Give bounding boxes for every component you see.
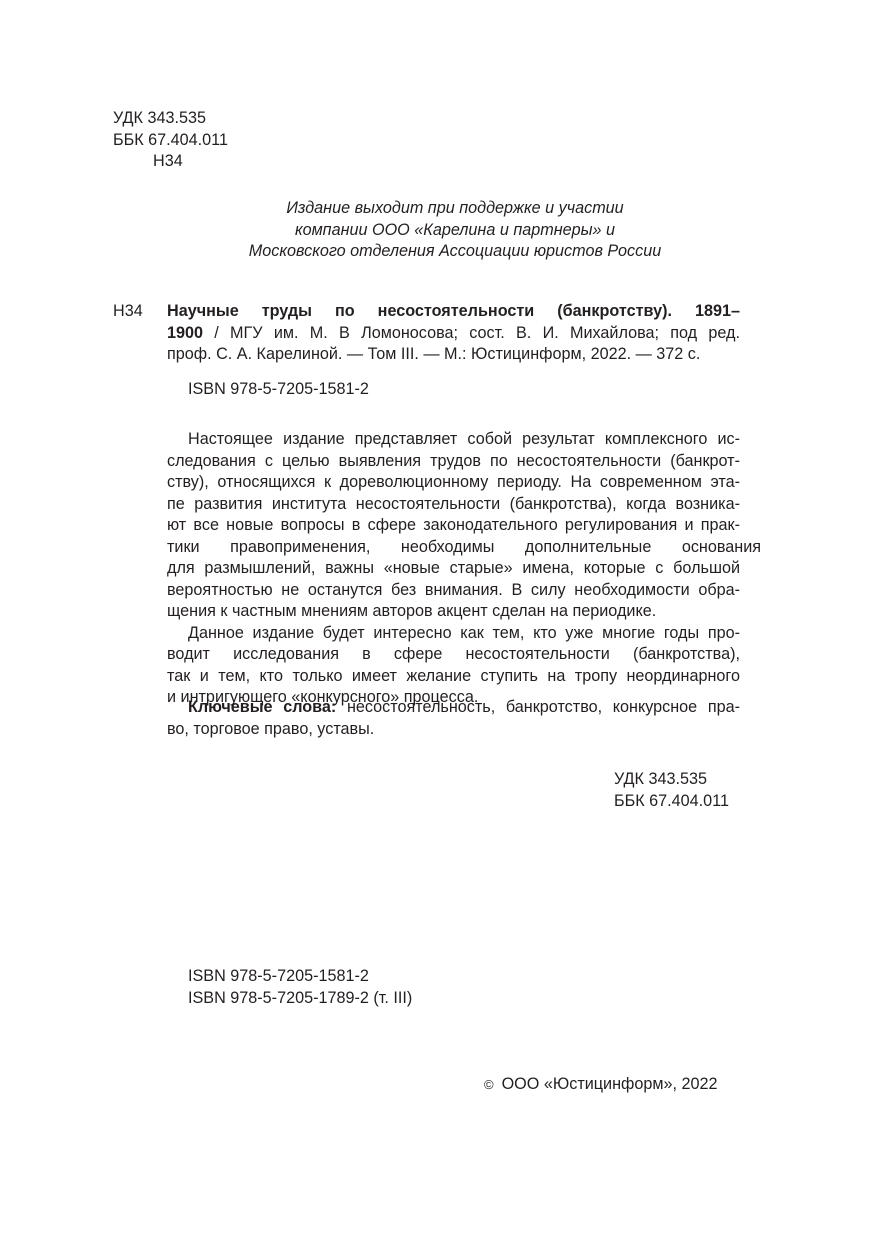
isbn-volume: ISBN 978-5-7205-1789-2 (т. III) bbox=[188, 988, 412, 1010]
keywords-list: несостоятельность, банкротство, конкурсн… bbox=[336, 698, 740, 716]
bibliography-author-mark: Н34 bbox=[113, 301, 143, 323]
copyright-text: ООО «Юстицинформ», 2022 bbox=[502, 1075, 718, 1093]
abstract-line: ют все новые вопросы в сфере законодател… bbox=[167, 515, 740, 537]
abstract-line: Настоящее издание представляет собой рез… bbox=[167, 429, 740, 451]
keywords: Ключевые слова: несостоятельность, банкр… bbox=[167, 697, 740, 740]
abstract-line: Данное издание будет интересно как тем, … bbox=[167, 623, 740, 645]
abstract-line: вероятностью не останутся без внимания. … bbox=[167, 580, 740, 602]
responsibility-statement: / МГУ им. М. В Ломоносова; сост. В. И. М… bbox=[203, 324, 740, 342]
abstract-line: щения к частным мнениям авторов акцент с… bbox=[167, 601, 740, 623]
bbk-code: ББК 67.404.011 bbox=[614, 791, 729, 813]
support-note: Издание выходит при поддержке и участии … bbox=[235, 198, 675, 263]
support-note-line: Издание выходит при поддержке и участии bbox=[235, 198, 675, 220]
udk-code: УДК 343.535 bbox=[113, 108, 228, 130]
classification-codes-bottom: УДК 343.535 ББК 67.404.011 bbox=[614, 769, 729, 812]
isbn-main: ISBN 978-5-7205-1581-2 bbox=[188, 379, 369, 401]
classification-codes-top: УДК 343.535 ББК 67.404.011 Н34 bbox=[113, 108, 228, 173]
isbn-list: ISBN 978-5-7205-1581-2 ISBN 978-5-7205-1… bbox=[188, 966, 412, 1009]
abstract-line: водит исследования в сфере несостоятельн… bbox=[167, 644, 740, 666]
abstract-line: для размышлений, важны «новые старые» им… bbox=[167, 558, 740, 580]
book-title: Научные труды по несостоятельности (банк… bbox=[167, 302, 740, 320]
abstract-line: ству), относящихся к дореволюционному пе… bbox=[167, 472, 740, 494]
isbn-series: ISBN 978-5-7205-1581-2 bbox=[188, 966, 412, 988]
keywords-label: Ключевые слова: bbox=[188, 698, 336, 716]
bbk-code: ББК 67.404.011 bbox=[113, 130, 228, 152]
copyright-notice: ©ООО «Юстицинформ», 2022 bbox=[484, 1074, 718, 1096]
abstract-line: так и тем, кто только имеет желание ступ… bbox=[167, 666, 740, 688]
abstract-line: следования с целью выявления трудов по н… bbox=[167, 451, 740, 473]
bibliographic-record: Научные труды по несостоятельности (банк… bbox=[167, 301, 740, 366]
abstract-line: тики правоприменения, необходимы дополни… bbox=[167, 537, 740, 559]
publication-details: проф. С. А. Карелиной. — Том III. — М.: … bbox=[167, 344, 740, 366]
support-note-line: Московского отделения Ассоциации юристов… bbox=[235, 241, 675, 263]
copyright-icon: © bbox=[484, 1077, 494, 1092]
abstract: Настоящее издание представляет собой рез… bbox=[167, 429, 740, 709]
abstract-line: пе развития института несостоятельности … bbox=[167, 494, 740, 516]
author-mark: Н34 bbox=[113, 151, 228, 173]
support-note-line: компании ООО «Карелина и партнеры» и bbox=[235, 220, 675, 242]
book-title-years-end: 1900 bbox=[167, 324, 203, 342]
udk-code: УДК 343.535 bbox=[614, 769, 729, 791]
keywords-list-cont: во, торговое право, уставы. bbox=[167, 719, 740, 741]
